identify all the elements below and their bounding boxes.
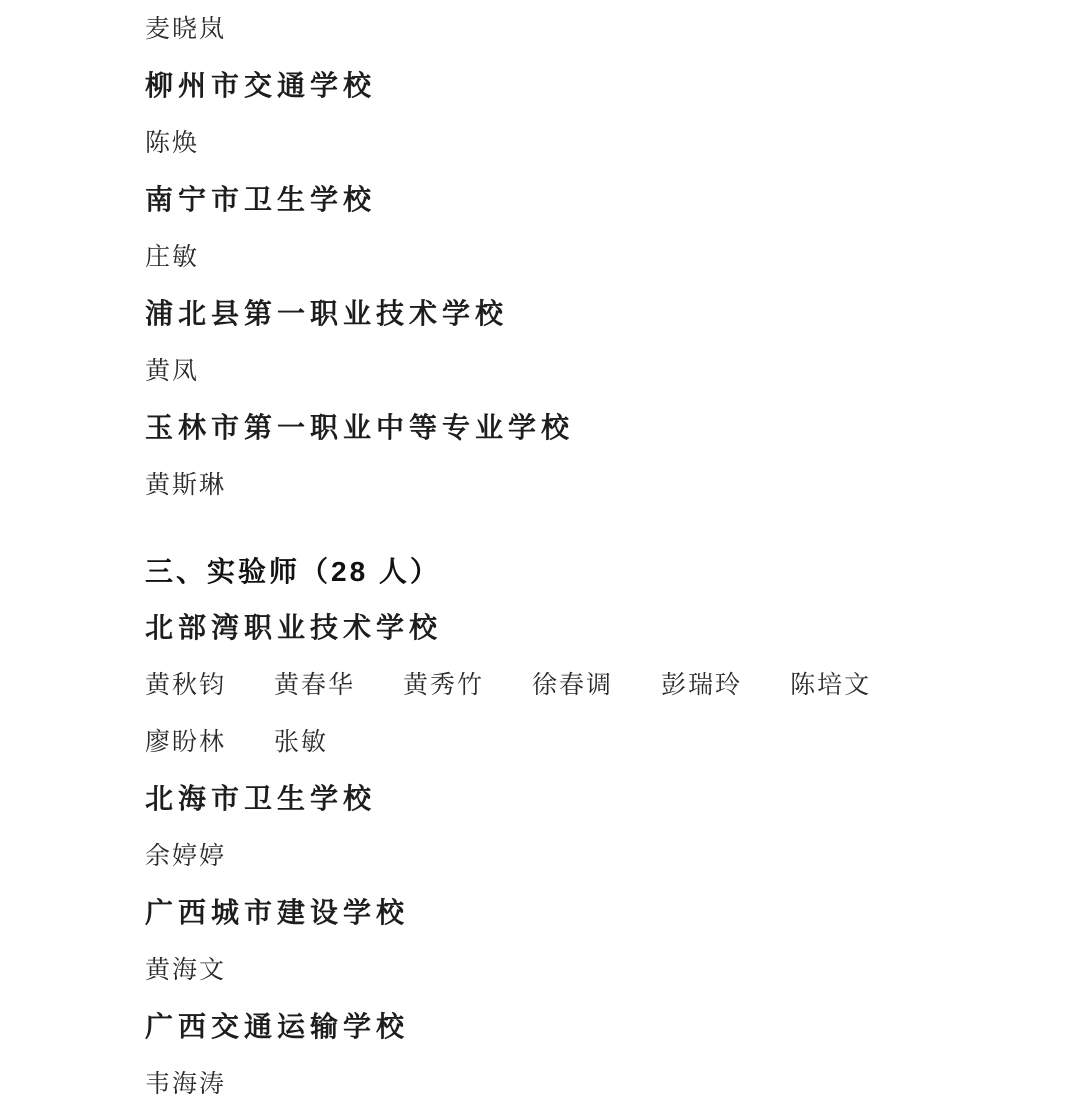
- person-name: 韦海涛: [145, 1056, 226, 1113]
- person-name: 彭瑞玲: [661, 657, 742, 714]
- person-name: 黄斯琳: [145, 457, 226, 514]
- school-name-line: 浦北县第一职业技术学校: [145, 286, 1080, 343]
- person-name: 陈焕: [145, 115, 199, 172]
- person-name: 廖盼林: [145, 714, 226, 771]
- school-name-line: 广西交通运输学校: [145, 999, 1080, 1056]
- school-name-line: 广西城市建设学校: [145, 885, 1080, 942]
- person-names-line: 韦海涛: [145, 1056, 1080, 1113]
- school-name-line: 北部湾职业技术学校: [145, 600, 1080, 657]
- person-name: 黄秋钧: [145, 657, 226, 714]
- person-name: 黄春华: [274, 657, 355, 714]
- person-names-line: 黄凤: [145, 343, 1080, 400]
- person-name: 张敏: [274, 714, 328, 771]
- person-names-line: 陈焕: [145, 115, 1080, 172]
- person-name: 陈培文: [790, 657, 871, 714]
- person-name: 麦晓岚: [145, 1, 226, 58]
- person-name: 黄海文: [145, 942, 226, 999]
- person-name: 庄敏: [145, 229, 199, 286]
- school-name-line: 柳州市交通学校: [145, 58, 1080, 115]
- person-names-line: 麦晓岚: [145, 1, 1080, 58]
- person-names-line: 庄敏: [145, 229, 1080, 286]
- person-names-line: 黄海文: [145, 942, 1080, 999]
- school-name-line: 北海市卫生学校: [145, 771, 1080, 828]
- document-page: 麦晓岚柳州市交通学校陈焕南宁市卫生学校庄敏浦北县第一职业技术学校黄凤玉林市第一职…: [0, 0, 1080, 1114]
- person-name: 黄秀竹: [403, 657, 484, 714]
- person-names-line: 廖盼林张敏: [145, 714, 1080, 771]
- school-name-line: 南宁市卫生学校: [145, 172, 1080, 229]
- person-names-line: 黄斯琳: [145, 457, 1080, 514]
- appointment-name-list: 麦晓岚柳州市交通学校陈焕南宁市卫生学校庄敏浦北县第一职业技术学校黄凤玉林市第一职…: [0, 0, 1080, 1113]
- person-name: 徐春调: [532, 657, 613, 714]
- section-heading: 三、实验师（28 人）: [145, 543, 1080, 600]
- person-name: 黄凤: [145, 343, 199, 400]
- person-name: 余婷婷: [145, 828, 226, 885]
- person-names-line: 黄秋钧黄春华黄秀竹徐春调彭瑞玲陈培文: [145, 657, 1080, 714]
- school-name-line: 玉林市第一职业中等专业学校: [145, 400, 1080, 457]
- person-names-line: 余婷婷: [145, 828, 1080, 885]
